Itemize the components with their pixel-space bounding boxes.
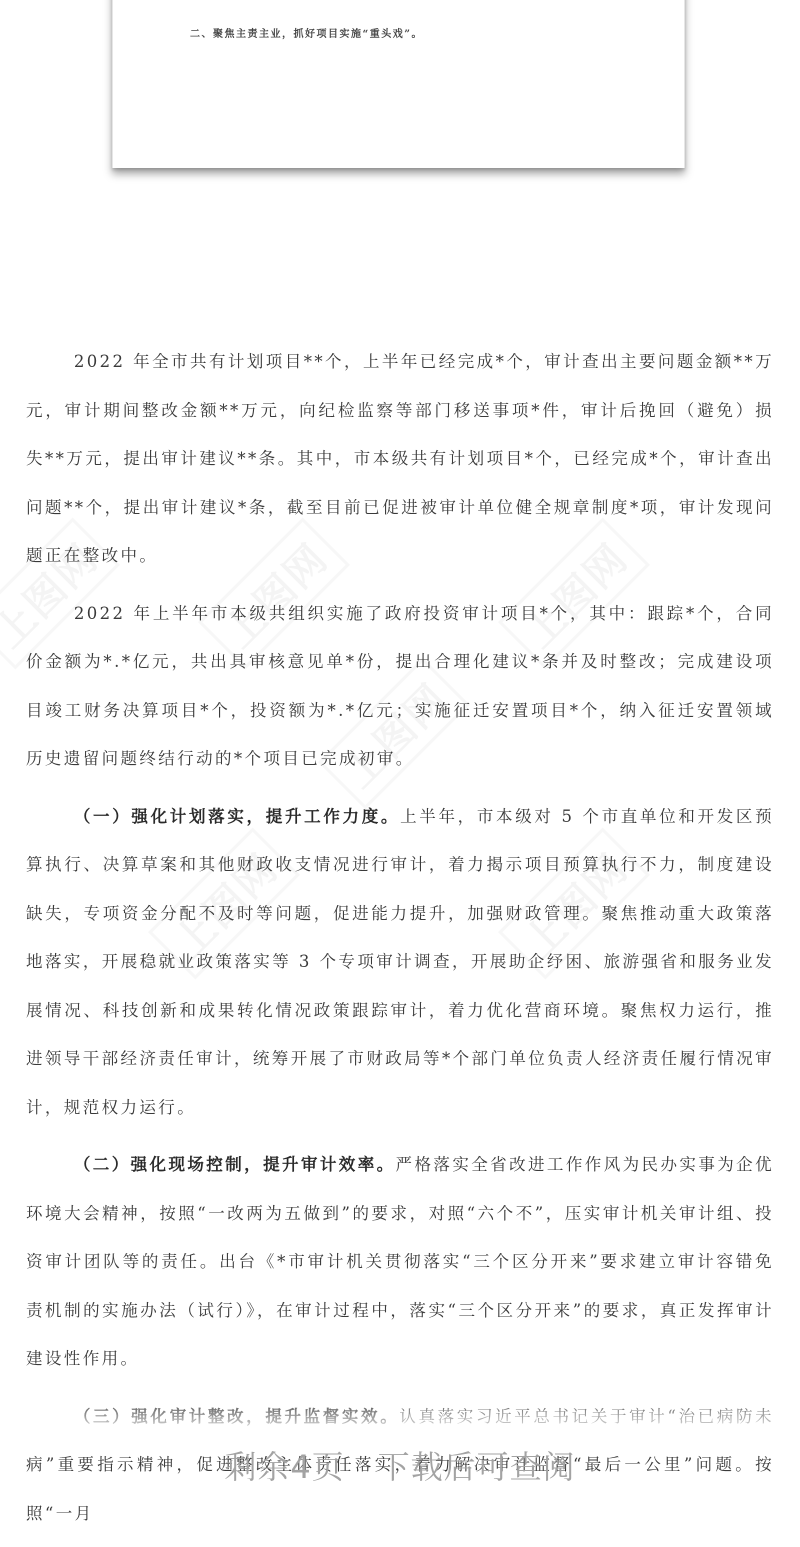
remaining-pages-hint[interactable]: 剩余4页 下载后可查阅 [0, 1442, 800, 1488]
paragraph-investment-audit: 2022 年上半年市本级共组织实施了政府投资审计项目*个，其中：跟踪*个，合同价… [26, 590, 774, 784]
cutoff-text-line: …………………………………………………………………………………………… [153, 0, 653, 2]
paragraph-text: 2022 年上半年市本级共组织实施了政府投资审计项目*个，其中：跟踪*个，合同价… [26, 604, 774, 769]
paragraph-text: 上半年，市本级对 5 个市直单位和开发区预算执行、决算草案和其他财政收支情况进行… [26, 807, 774, 1117]
paragraph-lead: （二）强化现场控制，提升审计效率。 [74, 1155, 396, 1174]
paragraph-text: 严格落实全省改进工作作风为民办实事为企优环境大会精神，按照“一改两为五做到”的要… [26, 1155, 774, 1368]
document-body: 2022 年全市共有计划项目**个，上半年已经完成*个，审计查出主要问题金额**… [26, 338, 774, 1538]
paragraph-text: 2022 年全市共有计划项目**个，上半年已经完成*个，审计查出主要问题金额**… [26, 352, 774, 565]
paragraph-summary: 2022 年全市共有计划项目**个，上半年已经完成*个，审计查出主要问题金额**… [26, 338, 774, 581]
preview-page-card: …………………………………………………………………………………………… 二、聚焦… [112, 0, 685, 168]
paragraph-section-1: （一）强化计划落实，提升工作力度。上半年，市本级对 5 个市直单位和开发区预算执… [26, 793, 774, 1133]
preview-section-heading: 二、聚焦主责主业，抓好项目实施“重头戏”。 [190, 25, 423, 40]
paragraph-lead: （一）强化计划落实，提升工作力度。 [74, 807, 400, 826]
content-fade [0, 1395, 800, 1435]
paragraph-section-2: （二）强化现场控制，提升审计效率。严格落实全省改进工作作风为民办实事为企优环境大… [26, 1141, 774, 1384]
